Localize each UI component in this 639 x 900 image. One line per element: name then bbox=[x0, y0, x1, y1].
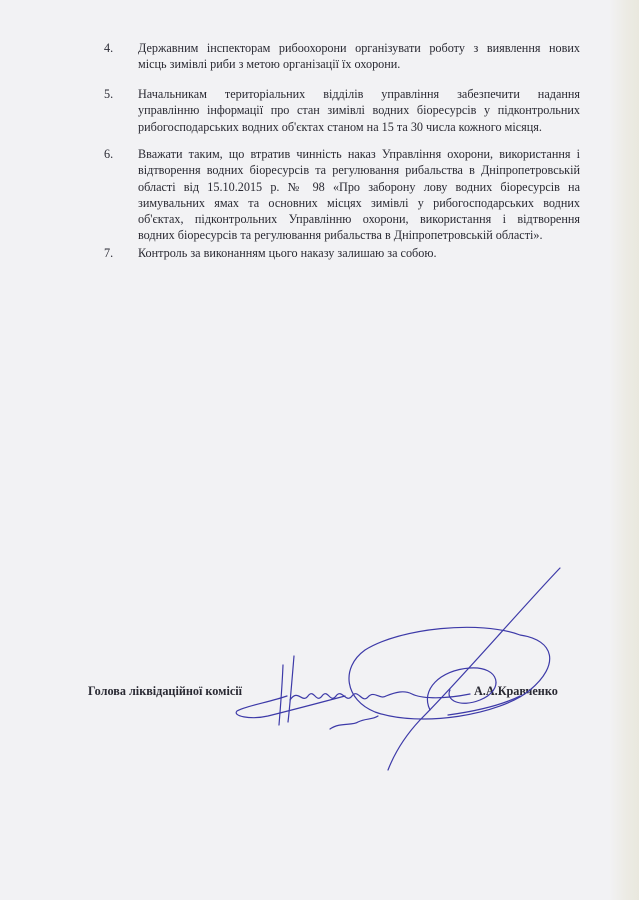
document-page: 4. Державним інспекторам рибоохорони орг… bbox=[0, 0, 639, 900]
handwritten-signature bbox=[0, 0, 639, 900]
scan-edge-shadow bbox=[609, 0, 639, 900]
